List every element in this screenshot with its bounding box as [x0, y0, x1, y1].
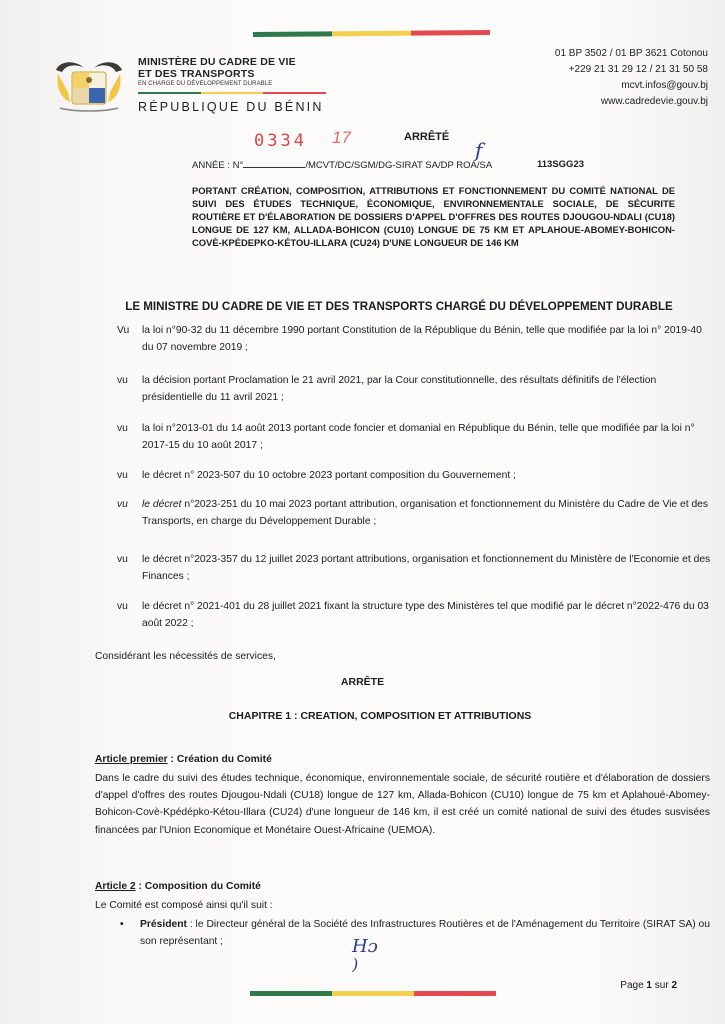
visa-text: le décret n°2023-357 du 12 juillet 2023 …: [142, 551, 712, 585]
page-prefix: Page: [620, 980, 646, 991]
reference-prefix: ANNÉE : N°: [192, 160, 243, 171]
article-2-label: Article 2: [95, 881, 136, 892]
page-sep: sur: [652, 980, 671, 991]
article-2-title: Article 2 : Composition du Comité: [95, 881, 261, 892]
visa-text: la loi n°2013-01 du 14 août 2013 portant…: [142, 420, 712, 454]
reference-line: ANNÉE : N°/MCVT/DC/SGM/DG-SIRAT SA/DP RO…: [192, 158, 492, 171]
visa-item: vu la décision portant Proclamation le 2…: [117, 372, 712, 406]
visa-text: la loi n°90-32 du 11 décembre 1990 porta…: [142, 322, 712, 356]
contact-block: 01 BP 3502 / 01 BP 3621 Cotonou +229 21 …: [555, 46, 708, 110]
page-total: 2: [671, 980, 677, 991]
handwritten-number: 0334: [254, 131, 307, 151]
subject-text: PORTANT CRÉATION, COMPOSITION, ATTRIBUTI…: [192, 184, 675, 249]
chapter-heading: CHAPITRE 1 : CREATION, COMPOSITION ET AT…: [0, 710, 725, 722]
minister-heading: LE MINISTRE DU CADRE DE VIE ET DES TRANS…: [89, 300, 709, 313]
visa-prefix: vu: [117, 551, 142, 585]
reference-suffix: /MCVT/DC/SGM/DG-SIRAT SA/DP ROA/SA: [305, 160, 492, 171]
document-page: MINISTÈRE DU CADRE DE VIE ET DES TRANSPO…: [0, 0, 725, 1024]
flag-stripe-ministry: [138, 92, 326, 94]
visa-item: vu le décret n°2023-357 du 12 juillet 20…: [117, 551, 712, 585]
committee-member-item: • Président : le Directeur général de la…: [120, 916, 710, 950]
member-description: : le Directeur général de la Société des…: [140, 919, 710, 947]
article-1-title: Article premier : Création du Comité: [95, 754, 272, 765]
handwritten-mark: 17: [332, 128, 351, 148]
ministry-name-line2: ET DES TRANSPORTS: [138, 68, 296, 80]
visa-item: vu la loi n°2013-01 du 14 août 2013 port…: [117, 420, 712, 454]
article-2-body: Le Comité est composé ainsi qu'il suit :: [95, 897, 710, 914]
member-role: Président: [140, 919, 187, 930]
visa-item: vu le décret n°2023-251 du 10 mai 2023 p…: [117, 496, 712, 530]
visa-item: vu le décret n° 2021-401 du 28 juillet 2…: [117, 598, 712, 632]
handwritten-stroke: ): [352, 955, 358, 974]
ministry-block: MINISTÈRE DU CADRE DE VIE ET DES TRANSPO…: [138, 56, 296, 87]
visa-prefix: vu: [117, 496, 142, 530]
visa-text: la décision portant Proclamation le 21 a…: [142, 372, 712, 406]
article-1-label: Article premier: [95, 754, 168, 765]
reference-block: 0334 17 ARRÊTÉ f ANNÉE : N°/MCVT/DC/SGM/…: [192, 128, 672, 178]
visa-text: n°2023-251 du 10 mai 2023 portant attrib…: [142, 499, 708, 527]
ministry-name-line1: MINISTÈRE DU CADRE DE VIE: [138, 56, 296, 68]
visa-prefix: vu: [117, 467, 142, 484]
flag-stripe-bottom: [250, 991, 496, 996]
reference-code: 113SGG23: [537, 159, 584, 170]
postal-address: 01 BP 3502 / 01 BP 3621 Cotonou: [555, 46, 708, 62]
website-address: www.cadredevie.gouv.bj: [555, 94, 708, 110]
flag-stripe-top: [253, 30, 490, 37]
visa-item: vu le décret n° 2023-507 du 10 octobre 2…: [117, 467, 712, 484]
visa-prefix: vu: [117, 372, 142, 406]
article-1-heading: : Création du Comité: [168, 754, 272, 765]
visa-prefix: vu: [117, 420, 142, 454]
visa-prefix: vu: [117, 598, 142, 632]
ministry-mandate: EN CHARGE DU DÉVELOPPEMENT DURABLE: [138, 81, 296, 87]
article-1-body: Dans le cadre du suivi des études techni…: [95, 770, 710, 839]
republic-label: RÉPUBLIQUE DU BÉNIN: [138, 100, 324, 114]
reference-blank: [243, 158, 305, 168]
email-address: mcvt.infos@gouv.bj: [555, 78, 708, 94]
arrete-title: ARRÊTÉ: [404, 131, 449, 143]
benin-coat-of-arms-icon: [50, 52, 128, 118]
handwritten-initials: Hɔ: [352, 936, 378, 957]
visa-lead: le décret: [142, 499, 182, 510]
bullet-icon: •: [120, 916, 140, 950]
visa-text: le décret n° 2021-401 du 28 juillet 2021…: [142, 598, 712, 632]
page-number: Page 1 sur 2: [620, 980, 677, 991]
visa-item: Vu la loi n°90-32 du 11 décembre 1990 po…: [117, 322, 712, 356]
visa-prefix: Vu: [117, 322, 142, 356]
phone-numbers: +229 21 31 29 12 / 21 31 50 58: [555, 62, 708, 78]
article-2-heading: : Composition du Comité: [136, 881, 261, 892]
visa-text: le décret n° 2023-507 du 10 octobre 2023…: [142, 467, 712, 484]
arrete-heading: ARRÊTE: [0, 676, 725, 688]
considerant-text: Considérant les nécessités de services,: [95, 651, 276, 662]
